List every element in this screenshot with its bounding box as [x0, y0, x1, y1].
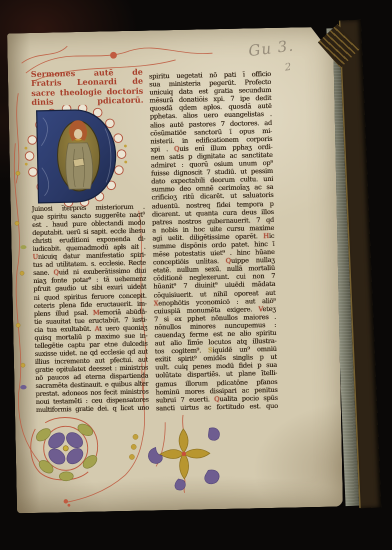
manuscript-page: Sermones autē de SanctisFratris Leonardi… — [7, 27, 343, 514]
left-text-column: Juinosi īterpres misteriorum .que spirit… — [32, 203, 149, 415]
rubricated-capital: X — [154, 299, 159, 307]
rubricated-capital: A — [95, 324, 100, 332]
rubricated-capital: Q — [174, 145, 179, 153]
rubric-title: Sermones autē de SanctisFratris Leonardi… — [31, 68, 144, 108]
flower-ornament — [25, 413, 108, 487]
rubricated-capital: S — [208, 346, 212, 354]
rubricated-capital: M — [93, 308, 100, 316]
rubricated-capital: H — [263, 232, 269, 240]
rubricated-capital: Q — [54, 269, 59, 277]
rubricated-capital: Q — [214, 395, 219, 403]
rubricated-capital: Q — [226, 257, 231, 265]
right-text-column: spiritu uegetati nō pati ī officiosua mi… — [149, 70, 278, 412]
photo-background: Sermones autē de SanctisFratris Leonardi… — [0, 0, 392, 550]
illuminated-initial-d — [23, 104, 129, 209]
leaf-cross-ornament — [143, 414, 227, 494]
rubricated-capital: U — [33, 253, 38, 261]
rubricated-capital: V — [258, 305, 262, 313]
